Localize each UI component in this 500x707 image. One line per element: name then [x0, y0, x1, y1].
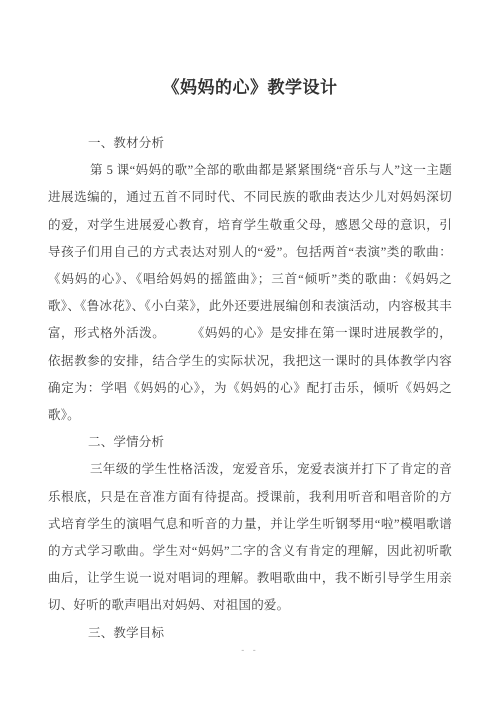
- paragraph-textbook-analysis: 第 5 课“妈妈的歌”全部的歌曲都是紧紧围绕“音乐与人”这一主题进展选编的，通过…: [48, 157, 452, 429]
- document-page: 《妈妈的心》教学设计 一、教材分析 第 5 课“妈妈的歌”全部的歌曲都是紧紧围绕…: [0, 0, 500, 707]
- document-body: 一、教材分析 第 5 课“妈妈的歌”全部的歌曲都是紧紧围绕“音乐与人”这一主题进…: [48, 130, 452, 647]
- page-number-footer: - -: [0, 644, 500, 656]
- document-title: 《妈妈的心》教学设计: [0, 0, 500, 100]
- section-heading-textbook-analysis: 一、教材分析: [88, 130, 452, 157]
- section-heading-learner-analysis: 二、学情分析: [88, 429, 452, 456]
- section-heading-teaching-goals: 三、教学目标: [88, 620, 452, 647]
- paragraph-learner-analysis: 三年级的学生性格活泼，宠爱音乐，宠爱表演并打下了肯定的音乐根底，只是在音准方面有…: [48, 456, 452, 619]
